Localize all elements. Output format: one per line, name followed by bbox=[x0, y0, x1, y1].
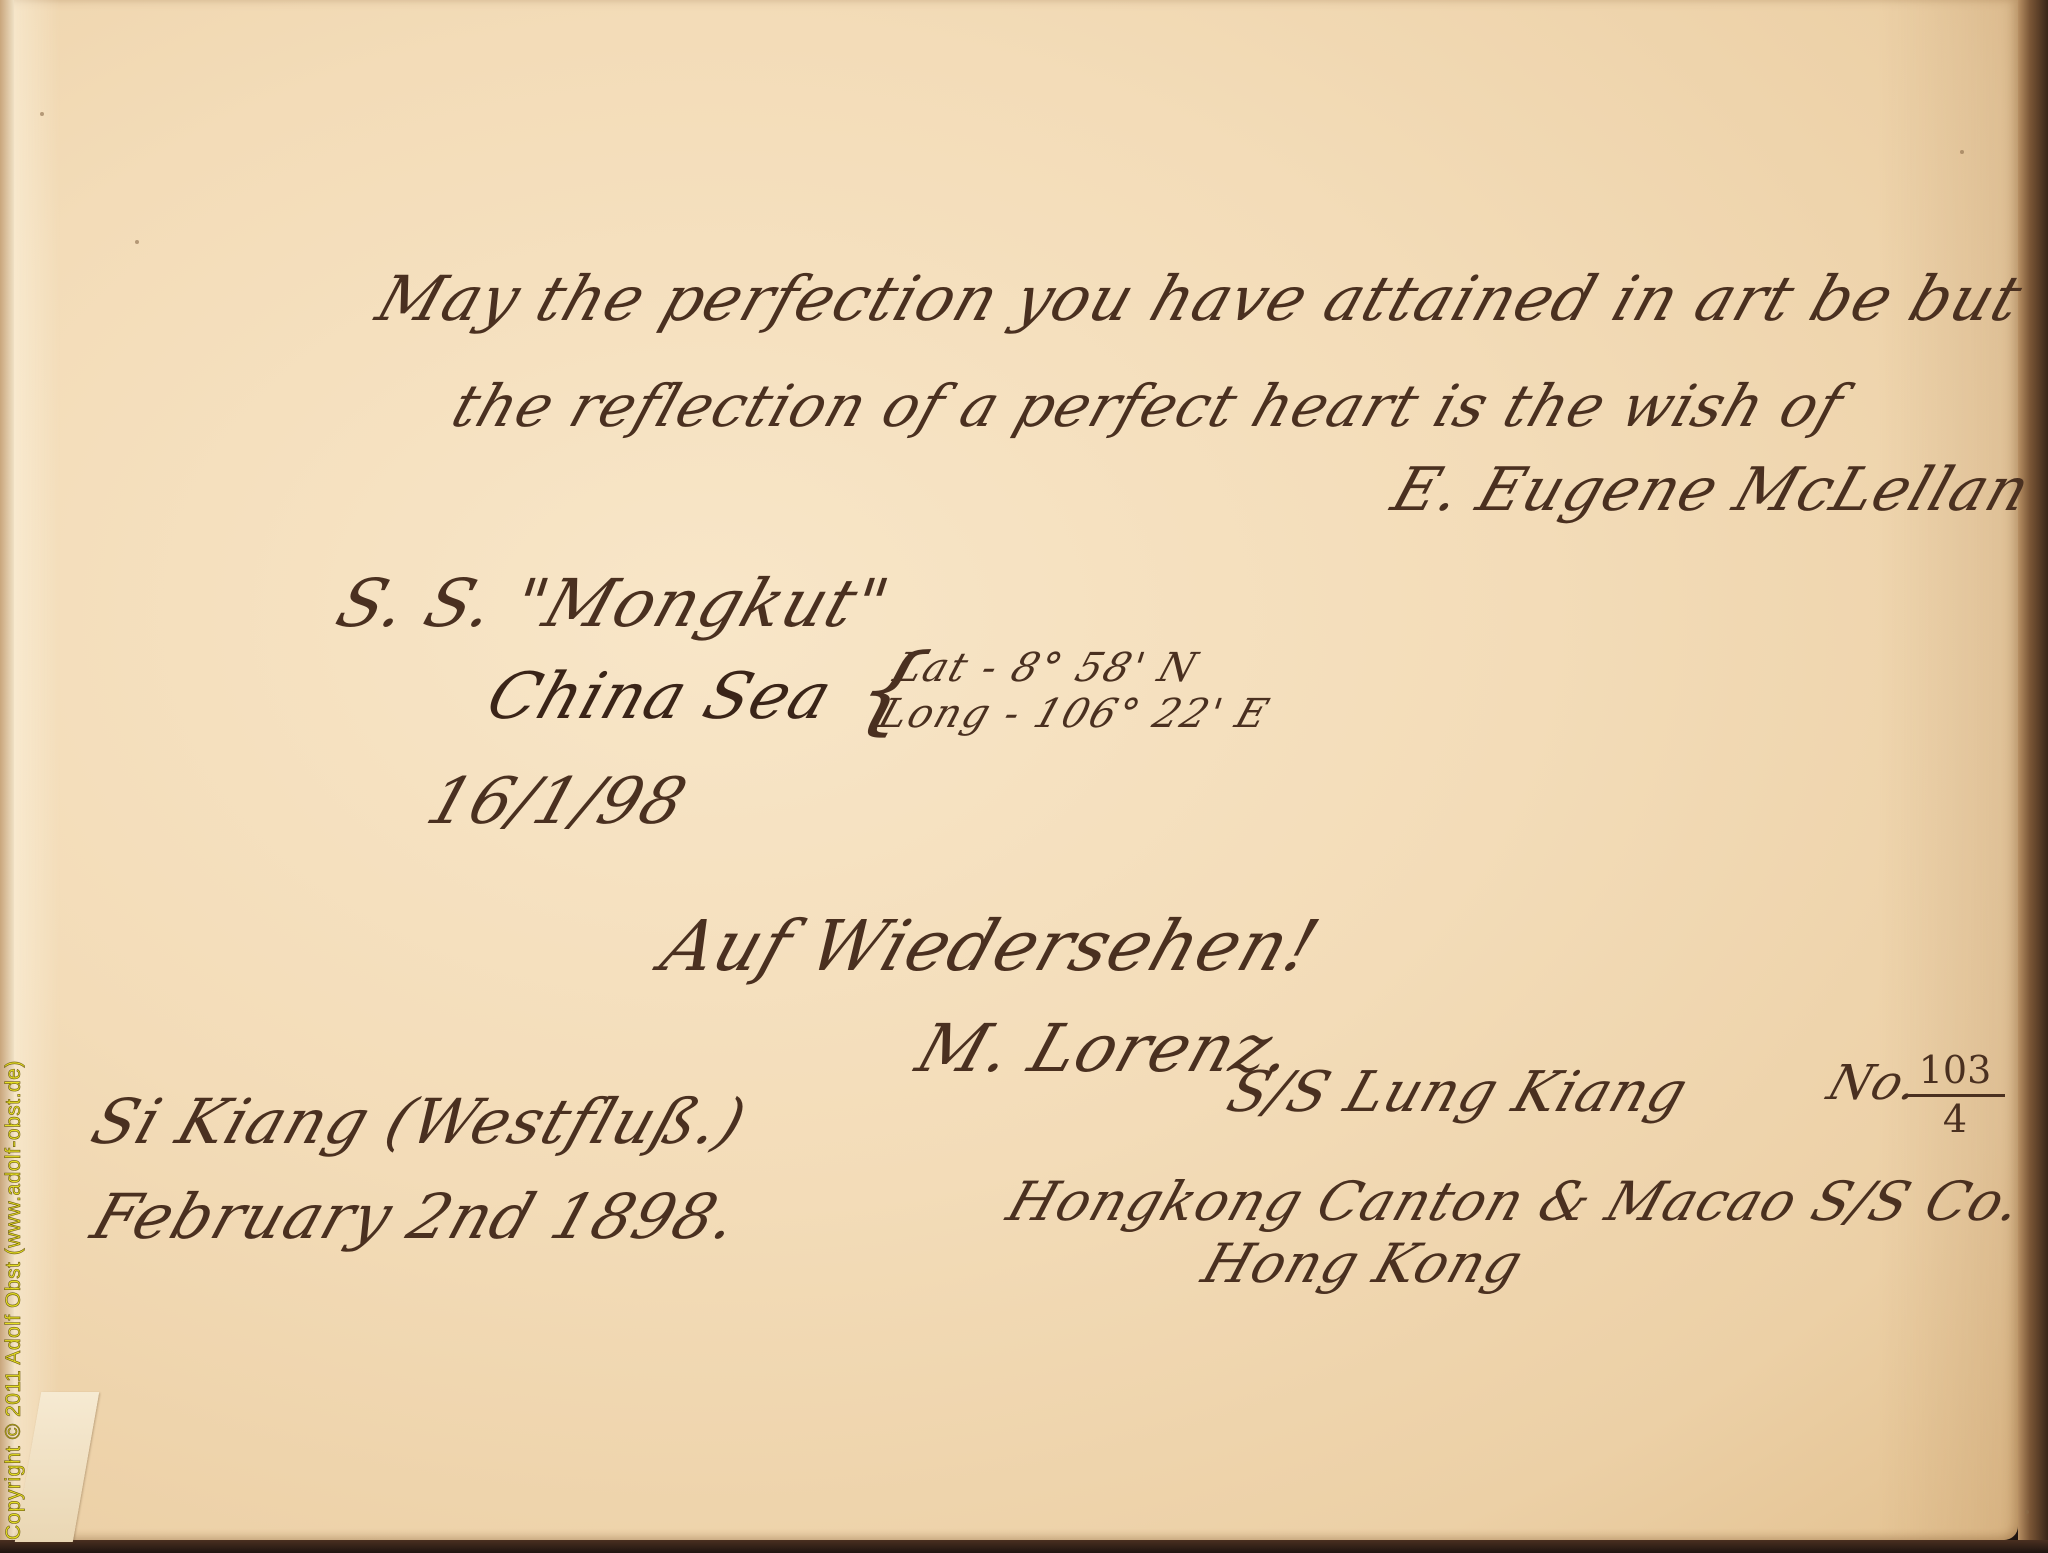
lungkiang-ship-name: S/S Lung Kiang bbox=[1219, 1060, 1696, 1125]
mcclellan-signature: E. Eugene McLellan bbox=[1384, 455, 2039, 525]
mcclellan-line-2: the reflection of a perfect heart is the… bbox=[444, 372, 1852, 440]
fraction-denominator: 4 bbox=[1905, 1097, 2005, 1141]
lorenz-greeting: Auf Wiedersehen! bbox=[652, 905, 1330, 987]
longitude: Long - 106° 22' E bbox=[865, 691, 1276, 737]
page-right-edge bbox=[2018, 0, 2048, 1553]
paper-speck bbox=[1960, 150, 1964, 154]
fraction-numerator: 103 bbox=[1905, 1048, 2005, 1097]
album-page bbox=[0, 0, 2018, 1540]
paper-speck bbox=[2025, 1510, 2029, 1514]
number-fraction: 103 4 bbox=[1905, 1048, 2005, 1141]
mcclellan-line-1: May the perfection you have attained in … bbox=[368, 262, 2031, 335]
page-bottom-edge bbox=[0, 1540, 2048, 1553]
mongkut-coordinates: { Lat - 8° 58' N Long - 106° 22' E bbox=[865, 645, 1291, 737]
sikiang-place: Si Kiang (Westfluß.) bbox=[83, 1085, 755, 1158]
mongkut-ship-name: S. S. "Mongkut" bbox=[327, 565, 898, 642]
paper-speck bbox=[40, 112, 44, 116]
copyright-watermark: Copyright © 2011 Adolf Obst (www.adolf-o… bbox=[2, 1060, 26, 1540]
mongkut-date: 16/1/98 bbox=[418, 765, 696, 839]
latitude: Lat - 8° 58' N bbox=[880, 645, 1291, 691]
shipping-company: Hongkong Canton & Macao S/S Co. bbox=[1000, 1170, 2031, 1233]
company-city: Hong Kong bbox=[1195, 1232, 1531, 1295]
paper-speck bbox=[135, 240, 139, 244]
sikiang-date: February 2nd 1898. bbox=[83, 1180, 748, 1253]
mongkut-location: China Sea bbox=[478, 660, 841, 734]
